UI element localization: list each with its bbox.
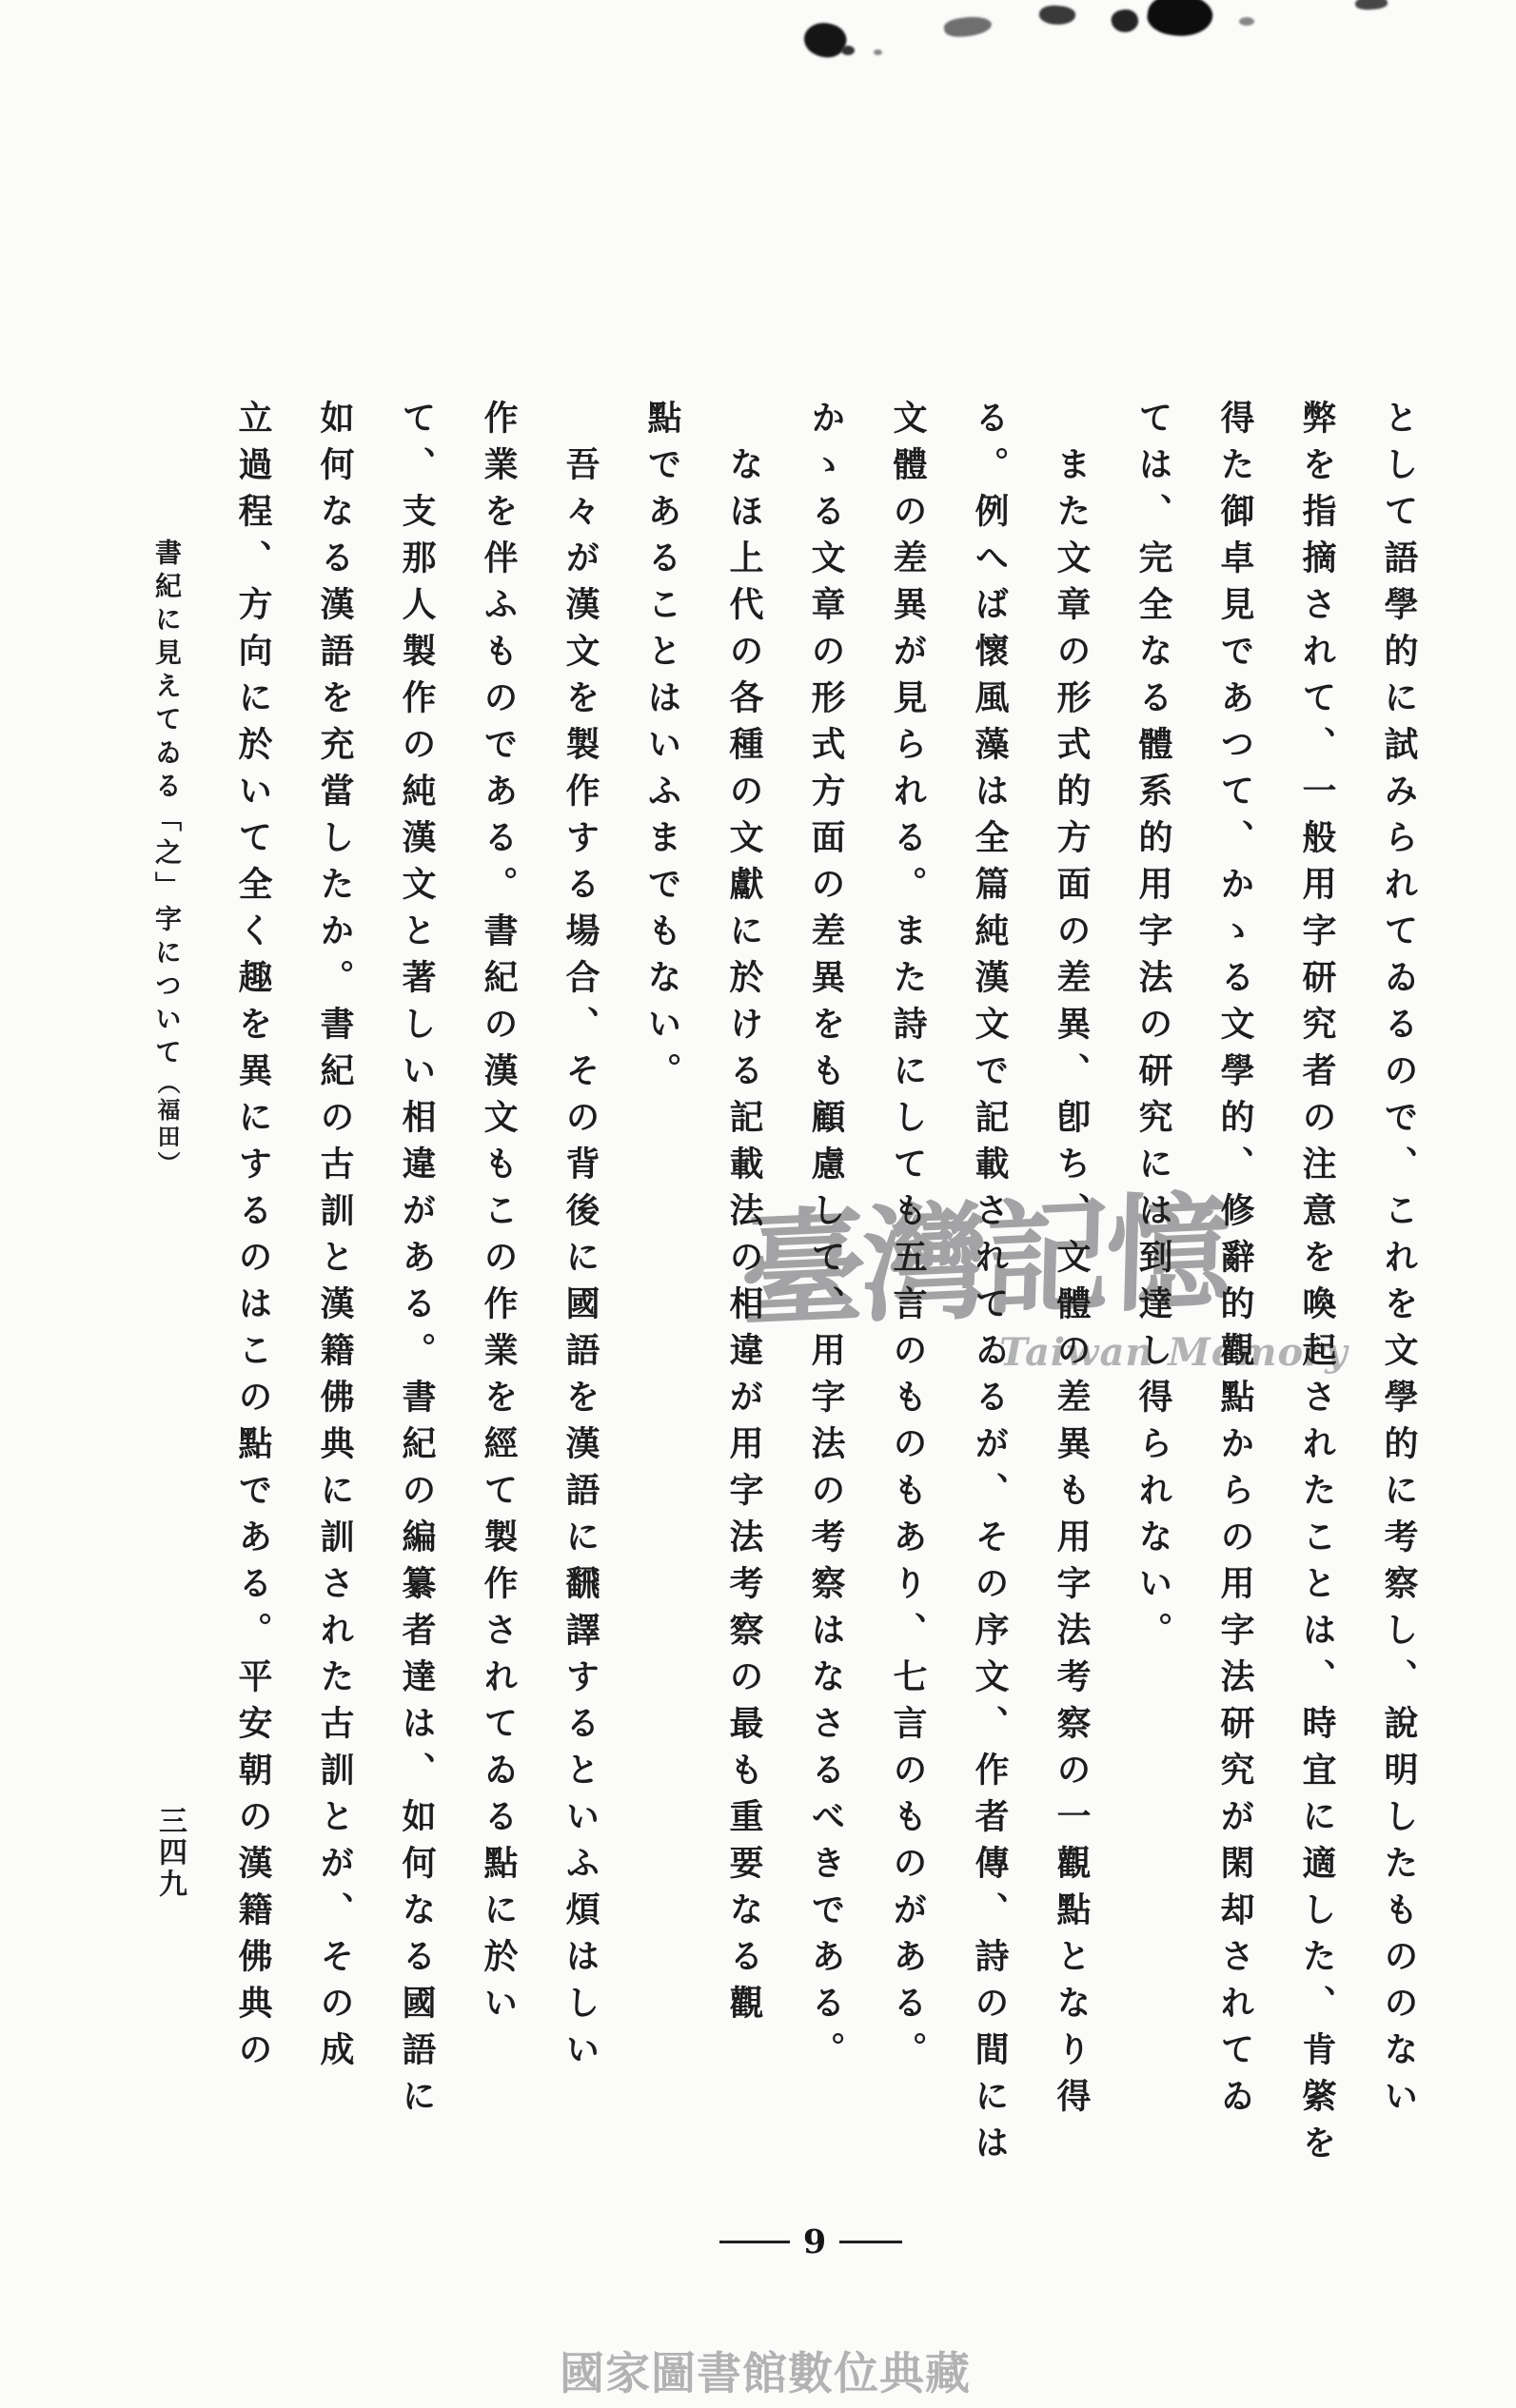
ink-smudge (1354, 0, 1388, 10)
text-column: かゝる文章の形式方面の差異をも顧慮して、用字法の考察はなさるべきである。 (785, 400, 867, 2188)
page-number-kanji: 三四九 (152, 1806, 187, 1900)
body-text-block: として語學的に試みられてゐるので、これを文學的に考察し、說明したもののない 弊を… (212, 400, 1440, 2188)
ink-smudge (800, 17, 851, 63)
ink-smudge (943, 14, 993, 40)
library-stamp: 國家圖書館數位典藏 (560, 2339, 971, 2402)
text-column: 吾々が漢文を製作する場合、その背後に國語を漢語に飜譯するといふ煩はしい (540, 400, 621, 2188)
ink-smudge (1239, 17, 1254, 26)
text-column: 如何なる漢語を充當したか。書紀の古訓と漢籍佛典に訓された古訓とが、その成 (294, 400, 376, 2188)
text-column: 弊を指摘されて、一般用字研究者の注意を喚起されたことは、時宜に適した、肯綮を (1276, 400, 1358, 2188)
scanned-page: { "document": { "running_head": { "title… (0, 0, 1516, 2408)
folio-rule-left (719, 2241, 790, 2243)
ink-smudge (1145, 0, 1215, 41)
text-column: 得た御卓見であつて、かゝる文學的、修辭的觀點からの用字法研究が閑却されてゐ (1194, 400, 1276, 2188)
text-column: ては、完全なる體系的用字法の研究には到達し得られない。 (1112, 400, 1194, 2188)
folio-rule-right (839, 2241, 902, 2243)
text-column: 立過程、方向に於いて全く趣を異にするのはこの點である。平安朝の漢籍佛典の (212, 400, 294, 2188)
ink-smudge (1110, 7, 1140, 34)
folio-number: 9 (803, 2225, 826, 2259)
text-column: として語學的に試みられてゐるので、これを文學的に考察し、說明したもののない (1358, 400, 1440, 2188)
running-head: 書紀に見えてゐる「之」字について（福田） (147, 538, 187, 1395)
ink-smudge (1038, 4, 1076, 27)
running-head-title: 書紀に見えてゐる「之」字について (151, 538, 183, 1071)
text-column: て、支那人製作の純漢文と著しい相違がある。書紀の編纂者達は、如何なる國語に (376, 400, 458, 2188)
folio: 9 (710, 2219, 912, 2264)
ink-smudge (841, 46, 855, 55)
text-column: 點であることはいふまでもない。 (621, 400, 703, 2188)
text-column: また文章の形式的方面の差異、卽ち、文體の差異も用字法考察の一觀點となり得 (1031, 400, 1112, 2188)
text-column: 作業を伴ふものである。書紀の漢文もこの作業を經て製作されてゐる點に於い (458, 400, 540, 2188)
text-column: 文體の差異が見られる。また詩にしても五言のものもあり、七言のものがある。 (867, 400, 949, 2188)
ink-smudge (874, 49, 882, 55)
text-column: なほ上代の各種の文獻に於ける記載法の相違が用字法考察の最も重要なる觀 (703, 400, 785, 2188)
text-column: る。例へば懷風藻は全篇純漢文で記載されてゐるが、その序文、作者傳、詩の間には (949, 400, 1031, 2188)
running-head-author: （福田） (153, 1071, 181, 1178)
